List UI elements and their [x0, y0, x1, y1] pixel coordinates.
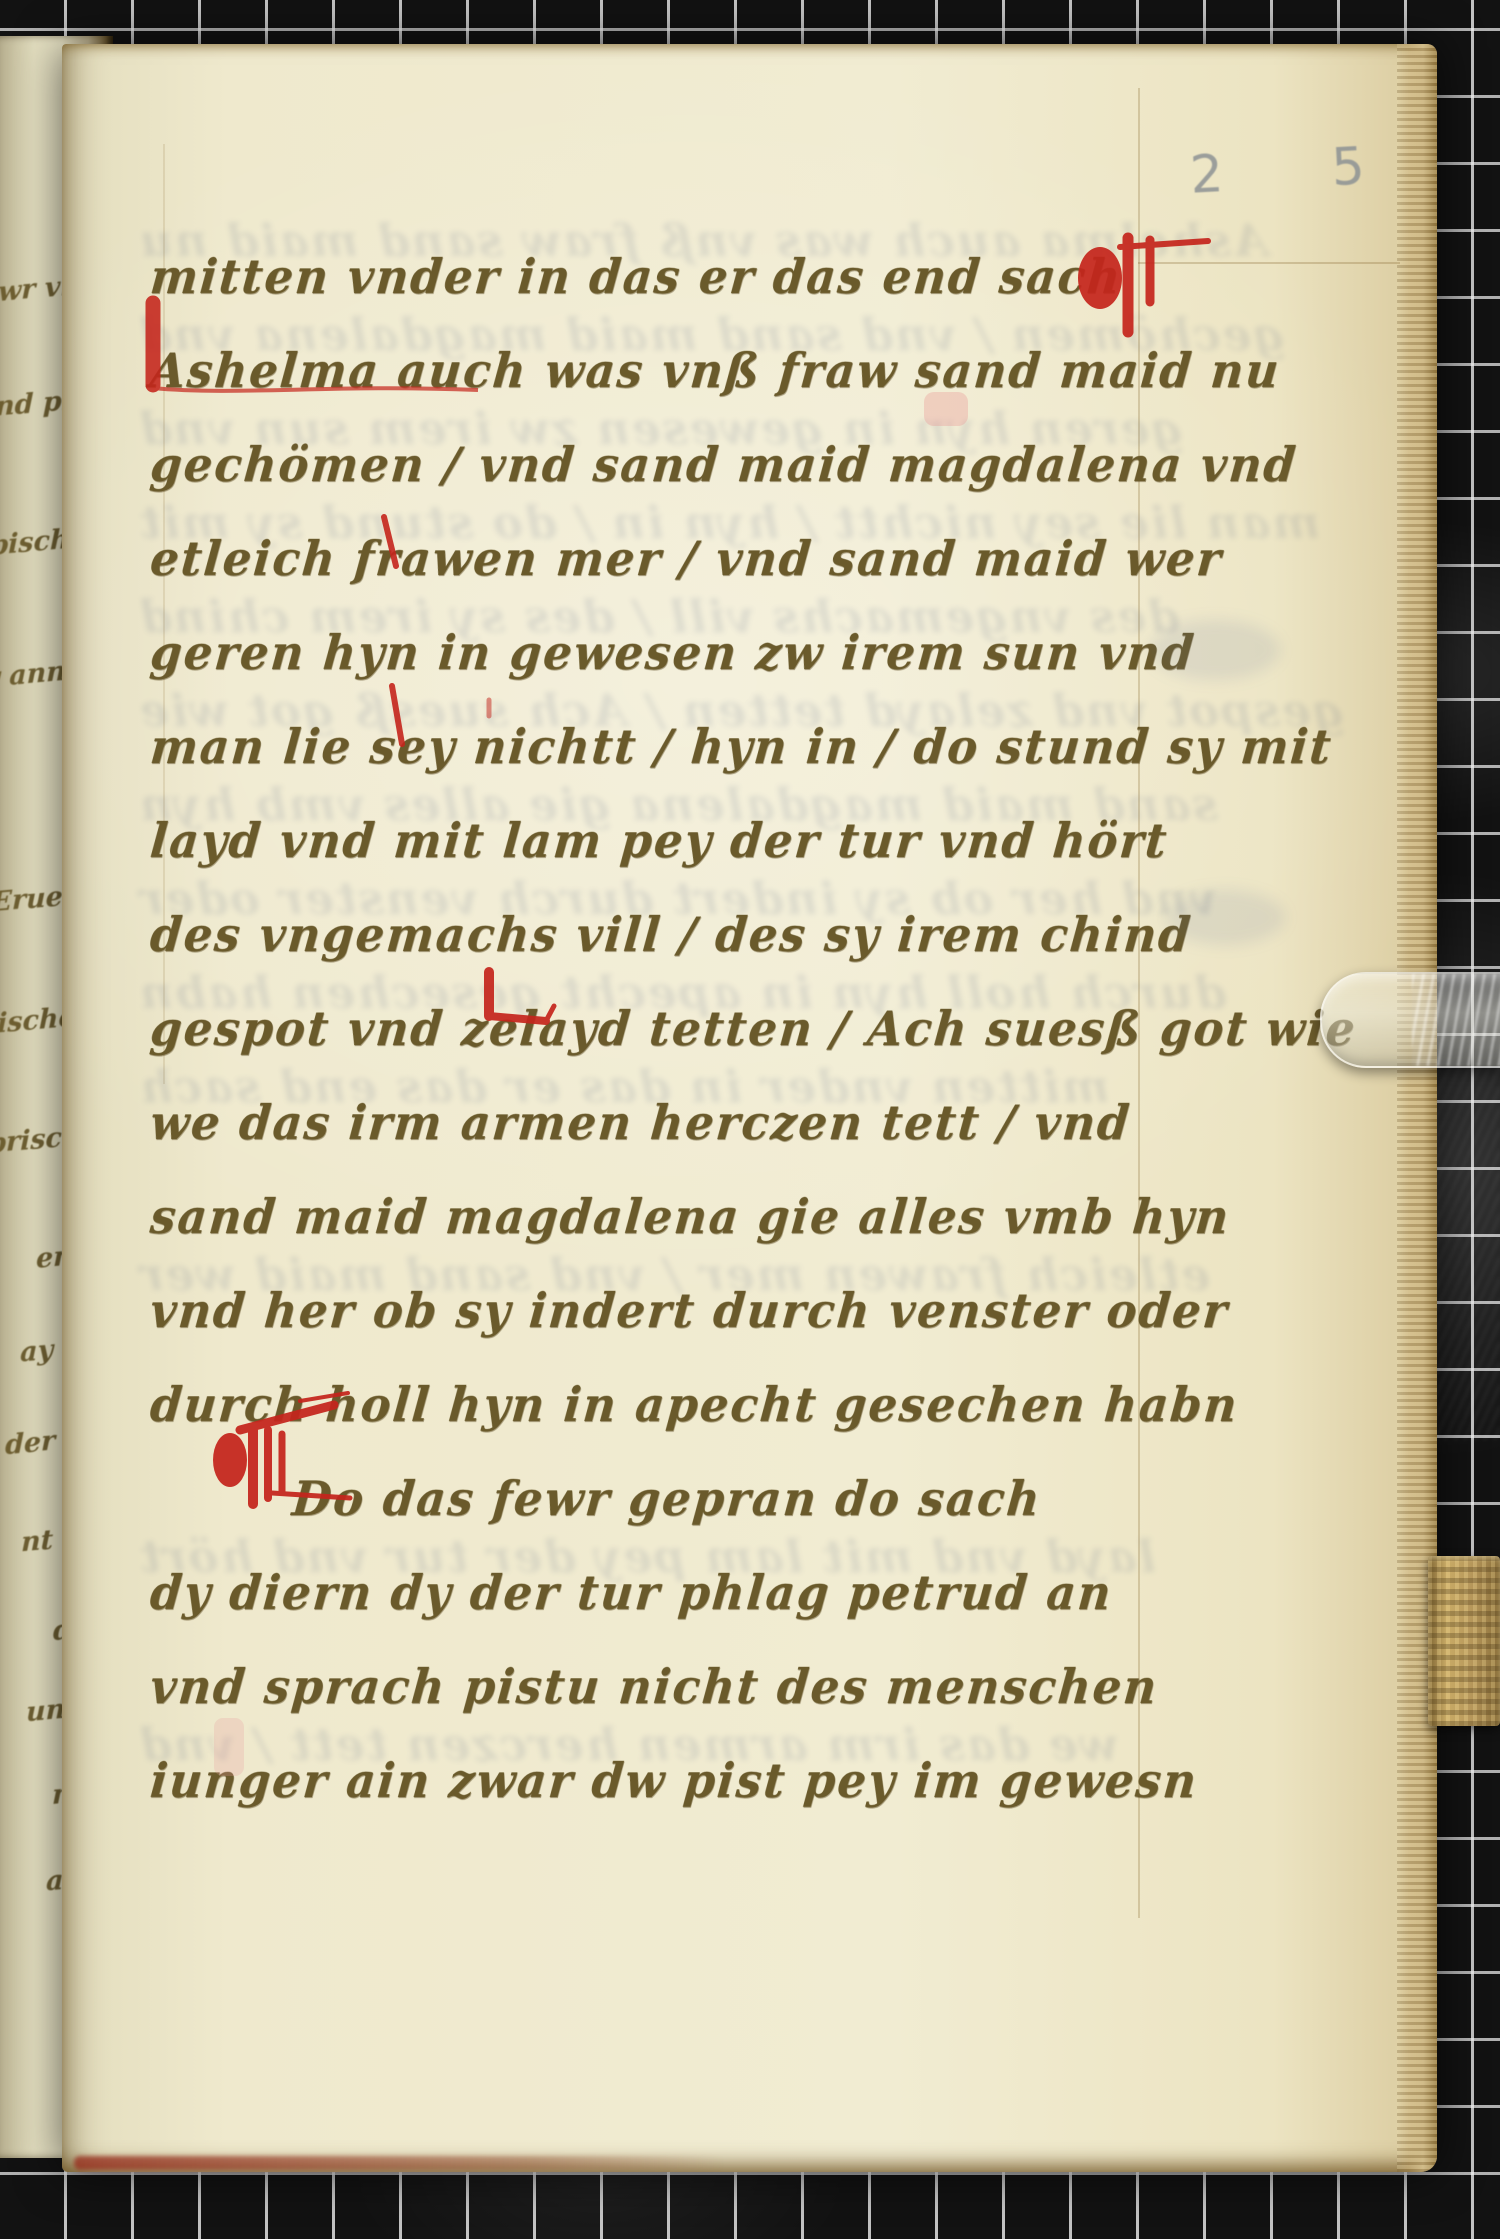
- text-line: Ashelma auch was vnß fraw sand maid nu: [148, 343, 1283, 399]
- manuscript-photo-scene: n wr vnd ond pha dö pischof y annas ¶ d …: [0, 0, 1500, 2239]
- acrylic-clip: [1320, 972, 1500, 1068]
- show-through-blob: [1150, 620, 1280, 680]
- text-line: durch holl hyn in apecht gesechen habn: [148, 1377, 1241, 1433]
- show-through-blob: [1165, 890, 1285, 945]
- text-line-rubricated: Do das fewr gepran do sach: [148, 1471, 1044, 1527]
- text-line: we das irm armen herczen tett / vnd: [148, 1095, 1133, 1151]
- text-line: vnd her ob sy indert durch venster oder: [148, 1283, 1231, 1339]
- text-line: man lie sey nichtt / hyn in / do stund s…: [148, 719, 1335, 775]
- text-line: gechömen / vnd sand maid magdalena vnd: [148, 437, 1300, 493]
- text-line: gespot vnd zelayd tetten / Ach suesß got…: [148, 1001, 1359, 1057]
- manuscript-page: 2 5 Ashelma auch was vnß fraw sand maid …: [62, 44, 1437, 2172]
- text-line: vnd sprach pistu nicht des menschen: [148, 1659, 1161, 1715]
- text-line: sand maid magdalena gie alles vmb hyn: [148, 1189, 1233, 1245]
- pencil-folio-number: 2 5: [1189, 134, 1413, 205]
- text-line: layd vnd mit lam pey der tur vnd hört: [148, 813, 1171, 869]
- text-line: etleich frawen mer / vnd sand maid wer: [148, 531, 1225, 587]
- text-line: mitten vnder in das er das end sach: [148, 249, 1124, 305]
- leather-strap: [1428, 1556, 1500, 1726]
- text-line: geren hyn in gewesen zw irem sun vnd: [148, 625, 1198, 681]
- text-line: des vngemachs vill / des sy irem chind: [148, 907, 1194, 963]
- text-line: dy diern dy der tur phlag petrud an: [148, 1565, 1115, 1621]
- page-edge-stack: [1397, 44, 1437, 2172]
- fore-edge-red-tint: [74, 2156, 724, 2170]
- text-block: mitten vnder in das er das end sach Ashe…: [148, 252, 1158, 1892]
- text-line: iunger ain zwar dw pist pey im gewesn: [148, 1753, 1200, 1809]
- clip-highlight: [1412, 974, 1500, 1066]
